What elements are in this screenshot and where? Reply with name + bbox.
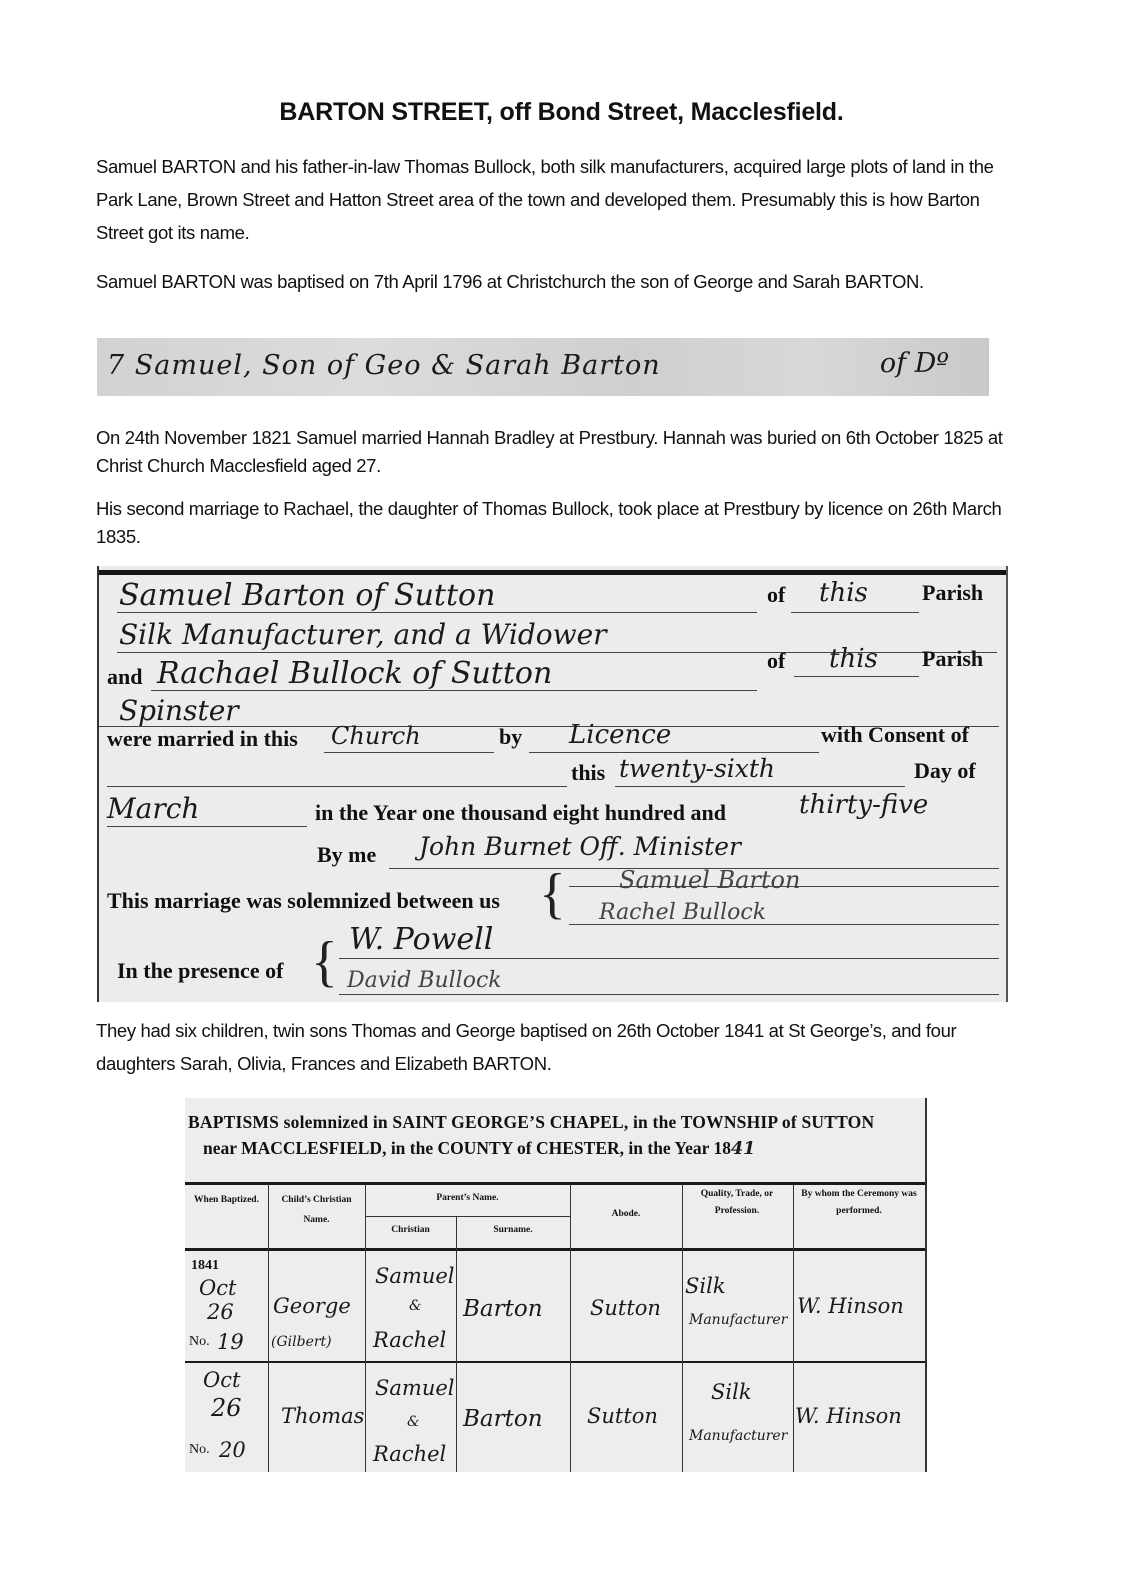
column-header-parents: Parent’s Name. <box>365 1188 570 1208</box>
column-divider <box>570 1184 571 1472</box>
form-label-of: of <box>767 582 785 608</box>
baptism-entry-handwriting: 7 Samuel, Son of Geo & Sarah Barton <box>107 350 661 381</box>
form-rule <box>107 826 307 827</box>
first-marriage-paragraph: On 24th November 1821 Samuel married Han… <box>96 424 1021 480</box>
groom-signature: Samuel Barton <box>619 866 800 894</box>
column-header-christian: Christian <box>365 1220 456 1240</box>
form-label-by-me: By me <box>317 842 376 868</box>
row-trade-1: Silk <box>685 1274 726 1298</box>
row-no-label: No. <box>189 1334 210 1350</box>
form-label-day-of: Day of <box>914 758 976 784</box>
groom-parish-handwriting: this <box>819 578 868 608</box>
month-handwriting: March <box>107 792 199 825</box>
row-abode: Sutton <box>587 1404 658 1428</box>
form-label-by: by <box>499 724 522 750</box>
form-label-consent: with Consent of <box>821 722 969 748</box>
groom-name-handwriting: Samuel Barton of Sutton <box>119 578 495 613</box>
column-header-when: When Baptized. <box>185 1190 268 1210</box>
row-trade-2: Manufacturer <box>689 1428 787 1444</box>
form-label-parish: Parish <box>922 580 983 606</box>
form-rule <box>324 752 494 753</box>
register-year-handwriting: 41 <box>731 1139 755 1159</box>
form-rule <box>569 886 999 887</box>
table-header-rule <box>185 1248 925 1251</box>
register-top-bar <box>99 570 1006 575</box>
row-child-name: George <box>273 1294 351 1318</box>
row-child-name: Thomas <box>281 1404 364 1428</box>
register-header-line-2: near MACCLESFIELD, in the COUNTY of CHES… <box>203 1138 755 1159</box>
column-divider <box>456 1216 457 1472</box>
row-number: 19 <box>217 1330 244 1354</box>
form-label-this: this <box>571 760 605 786</box>
second-marriage-paragraph: His second marriage to Rachael, the daug… <box>96 495 1021 551</box>
row-month: Oct <box>203 1368 240 1392</box>
column-header-child: Child’s Christian Name. <box>268 1190 365 1230</box>
row-year: 1841 <box>191 1258 219 1274</box>
row-parent-1: Samuel <box>375 1376 455 1400</box>
row-day: 26 <box>211 1394 242 1422</box>
row-ampersand: & <box>407 1414 419 1430</box>
intro-paragraph: Samuel BARTON and his father-in-law Thom… <box>96 150 1021 249</box>
year-handwriting: thirty-five <box>799 790 928 820</box>
table-row-rule <box>185 1361 925 1363</box>
column-divider <box>682 1184 683 1472</box>
form-rule <box>615 786 905 787</box>
row-minister: W. Hinson <box>797 1294 904 1318</box>
row-child-note: (Gilbert) <box>271 1334 332 1350</box>
form-label-of: of <box>767 648 785 674</box>
row-no-label: No. <box>189 1442 210 1458</box>
parents-subheader-rule <box>365 1216 570 1217</box>
children-paragraph: They had six children, twin sons Thomas … <box>96 1014 1021 1080</box>
method-handwriting: Licence <box>569 720 671 750</box>
row-ampersand: & <box>409 1298 421 1314</box>
column-divider <box>793 1184 794 1472</box>
place-handwriting: Church <box>331 722 421 750</box>
baptism-paragraph: Samuel BARTON was baptised on 7th April … <box>96 268 1021 296</box>
witness-1-signature: W. Powell <box>349 922 493 957</box>
table-top-rule <box>185 1182 925 1185</box>
form-rule <box>339 994 999 995</box>
form-label-solemnized: This marriage was solemnized between us <box>107 888 500 914</box>
row-day: 26 <box>207 1300 234 1324</box>
form-rule <box>529 752 819 753</box>
form-label-year: in the Year one thousand eight hundred a… <box>315 800 726 826</box>
bride-description-handwriting: Spinster <box>119 694 239 727</box>
bride-parish-handwriting: this <box>829 644 878 674</box>
form-rule <box>339 958 999 959</box>
baptism-entry-ditto: of Dº <box>880 348 949 379</box>
form-rule <box>791 612 919 613</box>
row-number: 20 <box>219 1438 246 1462</box>
form-rule <box>151 690 757 691</box>
form-label-and: and <box>107 664 142 690</box>
column-header-abode: Abode. <box>570 1204 682 1224</box>
row-parent-2: Rachel <box>373 1328 446 1352</box>
row-abode: Sutton <box>590 1296 661 1320</box>
row-month: Oct <box>199 1276 236 1300</box>
baptism-1841-register-scan-image: BAPTISMS solemnized in SAINT GEORGE’S CH… <box>185 1098 927 1472</box>
marriage-register-scan-image: Samuel Barton of Sutton of this Parish S… <box>97 566 1008 1002</box>
form-label-presence: In the presence of <box>117 958 283 984</box>
baptism-1796-scan-image: 7 Samuel, Son of Geo & Sarah Barton of D… <box>97 338 989 396</box>
form-label-married-in: were married in this <box>107 726 298 752</box>
column-header-quality: Quality, Trade, or Profession. <box>685 1186 789 1220</box>
page-title: BARTON STREET, off Bond Street, Macclesf… <box>0 98 1123 127</box>
bride-signature: Rachel Bullock <box>599 900 766 925</box>
form-rule <box>107 786 567 787</box>
day-handwriting: twenty-sixth <box>619 754 775 783</box>
column-header-surname: Surname. <box>456 1220 570 1240</box>
witness-2-signature: David Bullock <box>347 968 502 993</box>
minister-signature: John Burnet Off. Minister <box>419 832 741 861</box>
row-parent-1: Samuel <box>375 1264 455 1288</box>
form-label-parish: Parish <box>922 646 983 672</box>
row-surname: Barton <box>463 1406 543 1432</box>
register-header-line-2-text: near MACCLESFIELD, in the COUNTY of CHES… <box>203 1138 731 1158</box>
brace-glyph: { <box>311 934 338 990</box>
form-rule <box>117 612 757 613</box>
form-rule <box>569 924 999 925</box>
row-minister: W. Hinson <box>795 1404 902 1428</box>
row-parent-2: Rachel <box>373 1442 446 1466</box>
column-header-by-whom: By whom the Ceremony was performed. <box>799 1186 919 1220</box>
row-trade-1: Silk <box>711 1380 752 1404</box>
form-rule <box>794 676 919 677</box>
bride-name-handwriting: Rachael Bullock of Sutton <box>157 656 552 691</box>
register-header-line-1: BAPTISMS solemnized in SAINT GEORGE’S CH… <box>188 1112 874 1133</box>
brace-glyph: { <box>539 866 566 922</box>
row-trade-2: Manufacturer <box>689 1312 787 1328</box>
groom-description-handwriting: Silk Manufacturer, and a Widower <box>119 618 607 651</box>
row-surname: Barton <box>463 1296 543 1322</box>
